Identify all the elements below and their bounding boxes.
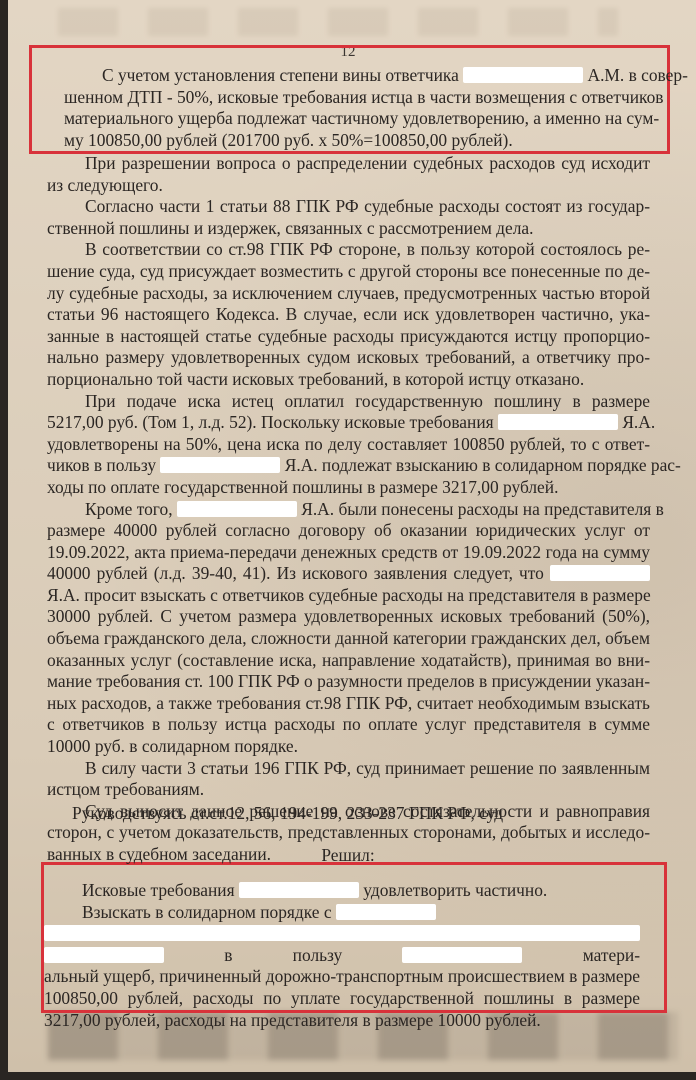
redaction-mark <box>160 457 280 473</box>
text-fragment: 40000 рублей (л.д. 39-40, 41). Из исково… <box>47 563 550 583</box>
text-line: альный ущерб, причиненный дорожно-трансп… <box>44 966 640 988</box>
text-fragment: объема гражданского дела, сложности данн… <box>47 628 650 648</box>
text-line: порционально той части исковых требовани… <box>47 369 650 391</box>
text-fragment: 10000 руб. в солидарном порядке. <box>47 736 298 756</box>
paragraphs-court-costs: При разрешении вопроса о распределении с… <box>47 153 650 866</box>
text-line: Кроме того, Я.А. были понесены расходы н… <box>47 499 650 521</box>
text-fragment: Я.А. были понесены расходы на представит… <box>297 499 664 519</box>
text-fragment: из следующего. <box>47 175 163 195</box>
text-line: Исковые требования удовлетворить частичн… <box>44 880 640 902</box>
text-fragment: матери- <box>522 945 640 965</box>
text-line: В силу части 3 статьи 196 ГПК РФ, суд пр… <box>47 758 650 780</box>
text-fragment: А.М. в совер- <box>583 65 688 85</box>
text-line: с ответчиков в пользу истца расходы по о… <box>47 714 650 736</box>
text-fragment: В соответствии со ст.98 ГПК РФ стороне, … <box>85 239 650 259</box>
text-line: удовлетворены на 50%, цена иска по делу … <box>47 434 650 456</box>
text-fragment: сторон, с учетом доказательств, представ… <box>47 822 650 842</box>
text-line: оказанных услуг (составление иска, напра… <box>47 650 650 672</box>
text-line: чиков в пользу Я.А. подлежат взысканию в… <box>47 455 650 477</box>
text-fragment: нально размеру удовлетворенных судом иск… <box>47 347 650 367</box>
text-line <box>44 923 640 945</box>
decided-text: Решил: <box>0 845 696 867</box>
redaction-mark <box>239 882 359 898</box>
text-fragment: Исковые требования <box>82 880 239 900</box>
text-line: При подаче иска истец оплатил государств… <box>47 391 650 413</box>
text-fragment: материального ущерба подлежат частичному… <box>64 108 659 128</box>
text-fragment: истцом требованиям. <box>47 779 204 799</box>
text-fragment: 30000 рублей. С учетом размера удовлетво… <box>47 606 650 626</box>
text-line: объема гражданского дела, сложности данн… <box>47 628 650 650</box>
text-fragment: лу судебные расходы, за исключением случ… <box>47 283 650 303</box>
text-fragment: 100850,00 рублей, расходы по уплате госу… <box>44 988 640 1008</box>
text-line: сторон, с учетом доказательств, представ… <box>47 822 650 844</box>
text-line: В соответствии со ст.98 ГПК РФ стороне, … <box>47 239 650 261</box>
text-line: ходы по оплате государственной пошлины в… <box>47 477 650 499</box>
text-fragment: Я.А. подлежат взысканию в солидарном пор… <box>280 455 680 475</box>
text-fragment: ственной пошлины и издержек, связанных с… <box>47 218 534 238</box>
decided-heading: Решил: <box>0 845 696 867</box>
text-fragment: При разрешении вопроса о распределении с… <box>85 153 650 173</box>
text-line: шение суда, суд присуждает возместить с … <box>47 261 650 283</box>
text-fragment: занные в настоящей статье судебные расхо… <box>47 326 650 346</box>
redaction-mark <box>44 947 164 963</box>
text-fragment: оказанных услуг (составление иска, напра… <box>47 650 650 670</box>
text-fragment: 19.09.2022, акта приема-передачи денежны… <box>47 542 650 562</box>
text-line: 10000 руб. в солидарном порядке. <box>47 736 650 758</box>
text-fragment: в пользу <box>164 945 402 965</box>
text-line: 40000 рублей (л.д. 39-40, 41). Из исково… <box>47 563 650 585</box>
text-line: 19.09.2022, акта приема-передачи денежны… <box>47 542 650 564</box>
text-line: С учетом установления степени вины ответ… <box>64 65 649 87</box>
guided-by-line: Руководствуясь ст.ст.12, 56, 194-199, 23… <box>72 803 632 825</box>
redaction-mark <box>402 947 522 963</box>
text-line: лу судебные расходы, за исключением случ… <box>47 283 650 305</box>
bleed-through-text <box>58 8 618 36</box>
text-fragment: альный ущерб, причиненный дорожно-трансп… <box>44 966 640 986</box>
text-fragment: размере 40000 рублей согласно договору о… <box>47 520 650 540</box>
text-fragment: шенном ДТП - 50%, исковые требования ист… <box>64 87 664 107</box>
text-line: 3217,00 рублей, расходы на представителя… <box>44 1010 640 1032</box>
text-line: нально размеру удовлетворенных судом иск… <box>47 347 650 369</box>
text-line: в пользу матери- <box>44 945 640 967</box>
text-fragment: му 100850,00 рублей (201700 руб. х 50%=1… <box>64 130 513 150</box>
text-fragment: чиков в пользу <box>47 455 160 475</box>
text-fragment: Кроме того, <box>85 499 177 519</box>
text-fragment: статьи 96 настоящего Кодекса. В случае, … <box>47 304 650 324</box>
text-fragment: Согласно части 1 статьи 88 ГПК РФ судебн… <box>85 196 650 216</box>
text-line: 5217,00 руб. (Том 1, л.д. 52). Поскольку… <box>47 412 650 434</box>
text-line: му 100850,00 рублей (201700 руб. х 50%=1… <box>64 130 649 152</box>
redaction-mark <box>336 904 436 920</box>
text-fragment: С учетом установления степени вины ответ… <box>102 65 463 85</box>
text-line: истцом требованиям. <box>47 779 650 801</box>
text-line: мание требования ст. 100 ГПК РФ о разумн… <box>47 671 650 693</box>
guided-by-text: Руководствуясь ст.ст.12, 56, 194-199, 23… <box>72 803 632 825</box>
text-line: 30000 рублей. С учетом размера удовлетво… <box>47 606 650 628</box>
text-fragment: При подаче иска истец оплатил государств… <box>85 391 650 411</box>
text-fragment: удовлетворены на 50%, цена иска по делу … <box>47 434 650 454</box>
text-line: материального ущерба подлежат частичному… <box>64 108 649 130</box>
text-fragment: 5217,00 руб. (Том 1, л.д. 52). Поскольку… <box>47 412 498 432</box>
text-line: 100850,00 рублей, расходы по уплате госу… <box>44 988 640 1010</box>
text-line: шенном ДТП - 50%, исковые требования ист… <box>64 87 649 109</box>
text-line: При разрешении вопроса о распределении с… <box>47 153 650 175</box>
redaction-mark <box>550 565 650 581</box>
text-line: ных расходов, а также требования ст.98 Г… <box>47 693 650 715</box>
text-line: Я.А. просит взыскать с ответчиков судебн… <box>47 585 650 607</box>
text-fragment: 3217,00 рублей, расходы на представителя… <box>44 1010 541 1030</box>
text-fragment: удовлетворить частично. <box>359 880 547 900</box>
text-line: статьи 96 настоящего Кодекса. В случае, … <box>47 304 650 326</box>
text-fragment: с ответчиков в пользу истца расходы по о… <box>47 714 650 734</box>
text-line: Взыскать в солидарном порядке с <box>44 902 640 924</box>
text-fragment: ходы по оплате государственной пошлины в… <box>47 477 558 497</box>
text-line: занные в настоящей статье судебные расхо… <box>47 326 650 348</box>
text-fragment: ных расходов, а также требования ст.98 Г… <box>47 693 650 713</box>
text-fragment: Взыскать в солидарном порядке с <box>82 902 336 922</box>
text-fragment: шение суда, суд присуждает возместить с … <box>47 261 650 281</box>
text-line: из следующего. <box>47 175 650 197</box>
text-line: размере 40000 рублей согласно договору о… <box>47 520 650 542</box>
redaction-mark <box>177 501 297 517</box>
paragraph-ruling: Исковые требования удовлетворить частичн… <box>44 880 640 1031</box>
text-fragment: порционально той части исковых требовани… <box>47 369 584 389</box>
text-fragment: Я.А. <box>618 412 655 432</box>
text-fragment: Я.А. просит взыскать с ответчиков судебн… <box>47 585 651 605</box>
text-line: Согласно части 1 статьи 88 ГПК РФ судебн… <box>47 196 650 218</box>
redaction-mark <box>44 925 640 941</box>
text-fragment: мание требования ст. 100 ГПК РФ о разумн… <box>47 671 650 691</box>
redaction-mark <box>498 414 618 430</box>
text-fragment: В силу части 3 статьи 196 ГПК РФ, суд пр… <box>85 758 650 778</box>
text-line: ственной пошлины и издержек, связанных с… <box>47 218 650 240</box>
redaction-mark <box>463 67 583 83</box>
paragraph-fault-share: С учетом установления степени вины ответ… <box>64 65 649 151</box>
